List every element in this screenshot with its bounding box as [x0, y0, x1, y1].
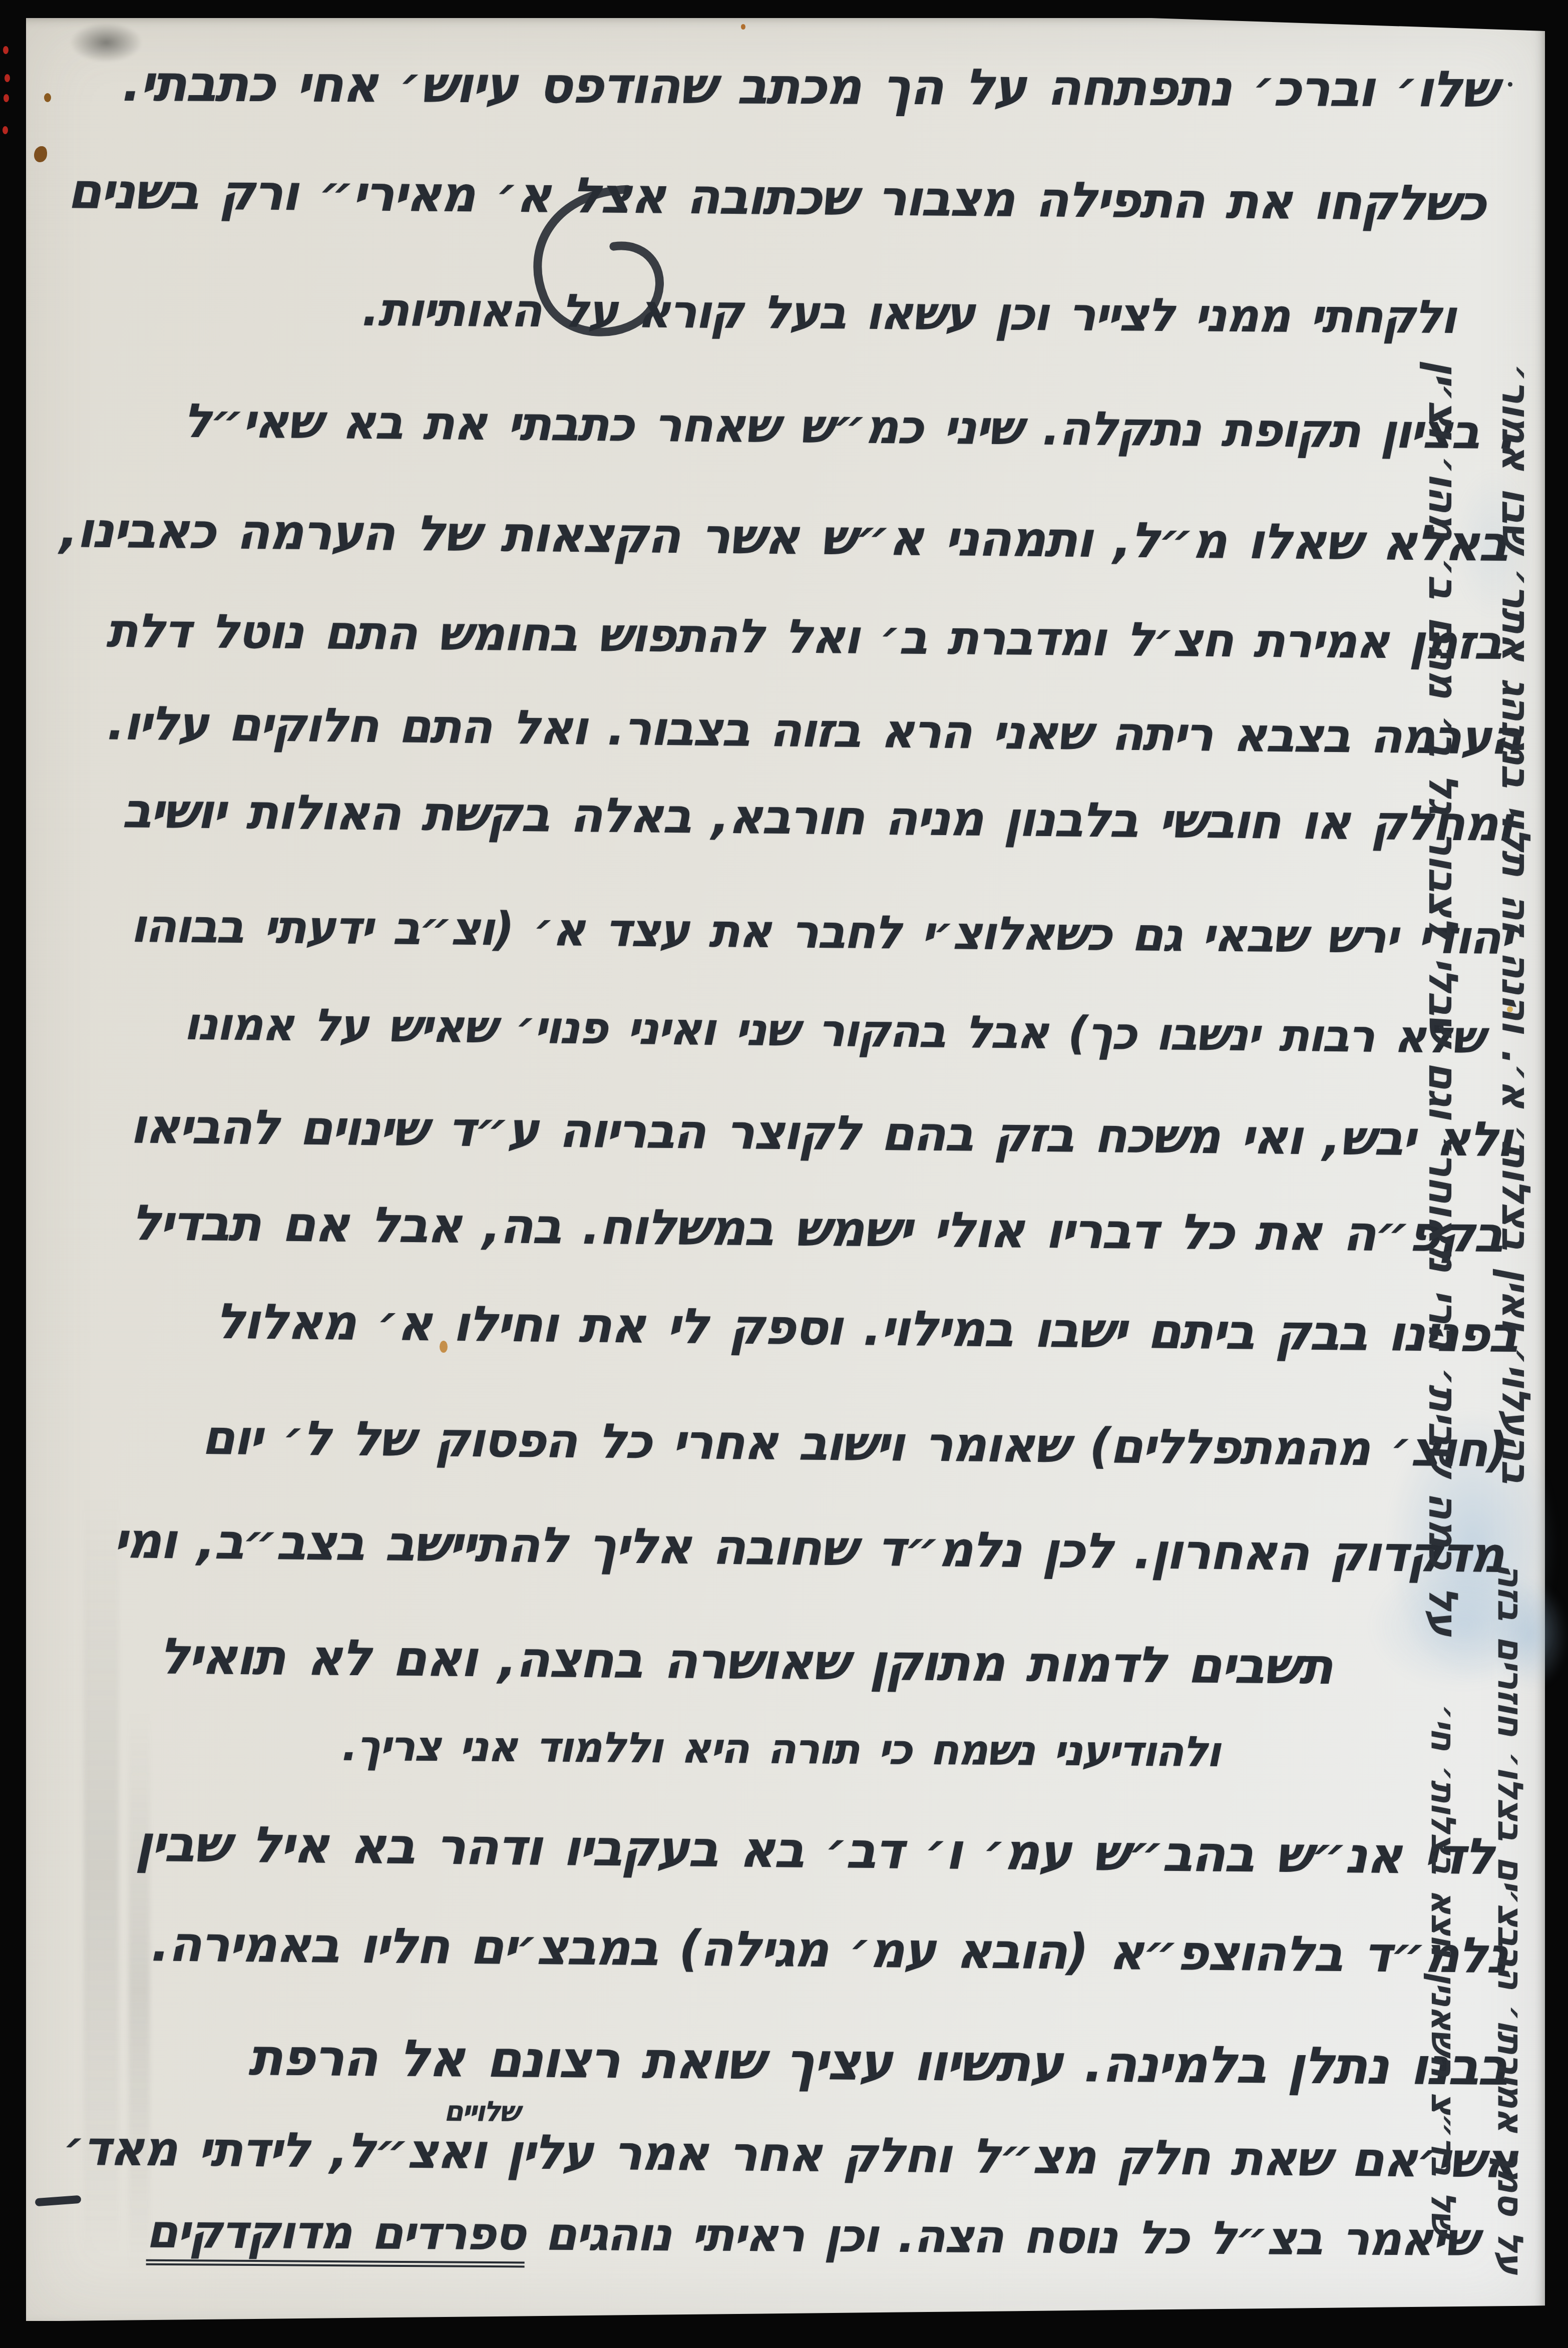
margin-note-vertical: על כמה שבית׳ הרי מאוחר׳ וגם שבלי לצבור ג… — [1421, 368, 1465, 1635]
handwriting-line: יהודי ירש שבאי גם כשאלוצ׳י לחבר את עצד א… — [131, 899, 1512, 965]
paper-fleck — [741, 24, 745, 30]
handwriting-line: מדקדוק האחרון. לכן נלמ״ד שחובה אליך להתי… — [113, 1512, 1503, 1584]
margin-note-vertical: על סמך אמירתו׳ הרבצ׳ים בצלו׳ חוזרים בזה — [1489, 1532, 1532, 2273]
handwriting-line: בזמן אמירת חצ׳ל ומדברת ב׳ ואל להתפוש בחו… — [106, 604, 1501, 670]
handwriting-line-final: שיאמר בצ״ל כל נוסח הצה. וכן ראיתי נוהגים… — [146, 2205, 1477, 2266]
handwriting-line: שלו׳ וברכ׳ נתפתחה על הך מכתב שהודפס עיוש… — [122, 54, 1497, 119]
handwriting-line: אשי׳אם שאת חלק מצ״ל וחלק אחר אמר עלין וא… — [63, 2120, 1517, 2189]
handwriting-line: לדי אנ״ש בהב״ש עמ׳ ו׳ דב׳ בא בעקביו ודהר… — [135, 1814, 1493, 1886]
scanner-red-mark — [3, 126, 8, 134]
scanned-letter: שלו׳ וברכ׳ נתפתחה על הך מכתב שהודפס עיוש… — [0, 0, 1568, 2348]
letter-paper: שלו׳ וברכ׳ נתפתחה על הך מכתב שהודפס עיוש… — [26, 18, 1545, 2321]
scanner-red-mark — [5, 74, 10, 82]
margin-note-vertical: של בד״צ השאנין ווצא בצלות׳ חי׳ — [1422, 1730, 1464, 2235]
scanner-red-mark — [3, 46, 9, 54]
paper-crease — [129, 1710, 150, 2271]
interlinear-word: שלויים — [444, 2095, 519, 2128]
handwriting-line: שלא רבות ינשבו כך) אבל בהקור שני ואיני פ… — [183, 998, 1483, 1064]
margin-note-vertical: בהעלוי׳ ואין בצלות׳ א׳. והנה זה תלוי במנ… — [1493, 351, 1537, 1483]
underlined-phrase: ספרדים מדוקדקים — [146, 2205, 524, 2268]
handwriting-line: נלמ״ד בלהוצפ״א (הובא עמ׳ מגילה) במבצ׳ים … — [151, 1915, 1507, 1985]
handwriting-line: בפנינו בבק ביתם ישבו במילוי. וספק לי את … — [215, 1293, 1517, 1364]
handwriting-line: ומחלק או חובשי בלבנון מניה חורבא, באלה ב… — [122, 782, 1512, 852]
scanner-red-mark — [4, 94, 9, 102]
handwriting-line: תשבים לדמות מתוקן שאושרה בחצה, ואם לא תו… — [159, 1627, 1332, 1696]
final-line-text: שיאמר בצ״ל כל נוסח הצה. וכן ראיתי נוהגים — [524, 2207, 1477, 2266]
handwriting-line: . בציון תקופת נתקלה. שיני כמ״ש שאחר כתבת… — [183, 394, 1516, 460]
handwriting-line: ולא יבש, ואי משכח בזק בהם לקוצר הבריוה ע… — [130, 1098, 1512, 1167]
ink-dot — [1508, 82, 1512, 87]
handwriting-line: ולקחתי ממני לצייר וכן עשאו בעל קורא על ה… — [361, 283, 1455, 344]
handwriting-line: בבנו נתלן בלמינה. עתשיוו עציך שואת רצונם… — [248, 2028, 1507, 2097]
handwriting-line: הערמה בצבא ריתה שאני הרא בזוה בצבור. ואל… — [107, 696, 1521, 765]
handwriting-line: (חוצ׳ מהמתפללים) שאומר וישוב אחרי כל הפס… — [201, 1409, 1507, 1478]
handwriting-line: ולהודיעני נשמח כי תורה היא וללמוד אני צר… — [342, 1721, 1220, 1776]
handwriting-line: באלא שאלו מ״ל, ותמהני א״ש אשר הקצאות של … — [59, 502, 1507, 573]
paper-fleck — [44, 93, 51, 102]
paper-fleck — [34, 146, 47, 162]
handwriting-line: בקפ״ה את כל דבריו אולי ישמש במשלוח. בה, … — [131, 1195, 1502, 1264]
handwriting-line: כשלקחו את התפילה מצבור שכתובה אצל א׳ מאי… — [68, 163, 1485, 232]
ink-dash — [35, 2195, 82, 2206]
